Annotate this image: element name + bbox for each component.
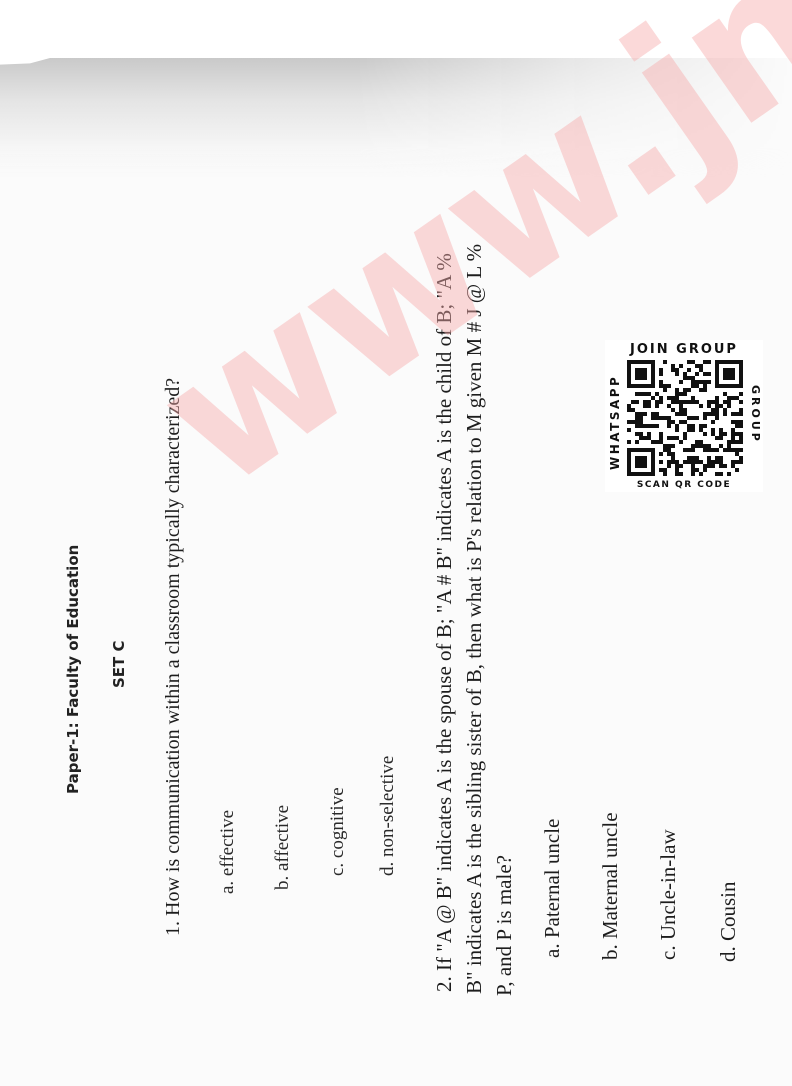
- question-2-line-2: B" indicates A is the sibling sister of …: [462, 244, 487, 994]
- qr-top-label: JOIN GROUP: [605, 342, 763, 357]
- question-1-option-b[interactable]: b. affective: [272, 805, 294, 890]
- question-1-option-a[interactable]: a. effective: [217, 810, 239, 894]
- question-2-option-c[interactable]: c. Uncle-in-law: [656, 829, 681, 960]
- set-label: SET C: [110, 640, 128, 688]
- paper-title: Paper-1: Faculty of Education: [64, 545, 82, 794]
- qr-code-icon[interactable]: [627, 360, 743, 476]
- question-2-line-1: 2. If "A @ B" indicates A is the spouse …: [432, 253, 457, 992]
- question-1-option-d[interactable]: d. non-selective: [377, 756, 399, 876]
- question-2-option-d[interactable]: d. Cousin: [716, 881, 741, 962]
- qr-left-label: WHATSAPP: [608, 375, 622, 470]
- question-2-option-b[interactable]: b. Maternal uncle: [598, 812, 623, 960]
- question-2-line-3: P, and P is male?: [492, 855, 517, 996]
- whatsapp-qr-badge[interactable]: JOIN GROUP WHATSAPP GROUP SCAN QR CODE: [605, 340, 763, 492]
- question-1-text: 1. How is communication within a classro…: [162, 378, 185, 936]
- question-2-option-a[interactable]: a. Paternal uncle: [540, 819, 565, 958]
- qr-bottom-label: SCAN QR CODE: [605, 480, 763, 490]
- question-1-option-c[interactable]: c. cognitive: [327, 787, 349, 876]
- exam-page: Paper-1: Faculty of Education SET C 1. H…: [0, 0, 792, 1086]
- qr-right-label: GROUP: [749, 385, 762, 444]
